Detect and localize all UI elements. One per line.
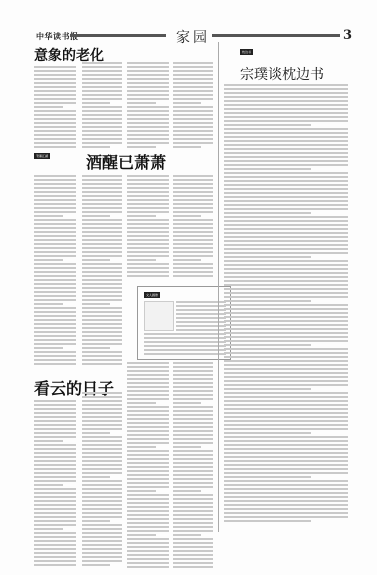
- text-line: [34, 548, 76, 550]
- text-line: [224, 320, 348, 322]
- text-line: [34, 219, 76, 221]
- text-line: [127, 522, 169, 524]
- column-label-right: 枕边书: [240, 49, 253, 55]
- text-line: [127, 195, 169, 197]
- text-line: [173, 175, 213, 177]
- text-line: [82, 90, 122, 92]
- text-line: [127, 223, 169, 225]
- text-line: [127, 402, 156, 404]
- text-line: [224, 360, 348, 362]
- text-line: [173, 554, 213, 556]
- text-line: [173, 142, 213, 144]
- text-line: [224, 132, 348, 134]
- text-line: [127, 406, 169, 408]
- article-1-col-3: [127, 62, 169, 150]
- text-line: [173, 378, 213, 380]
- text-line: [173, 78, 213, 80]
- text-line: [173, 414, 213, 416]
- text-line: [173, 386, 213, 388]
- text-line: [34, 536, 76, 538]
- text-line: [82, 335, 122, 337]
- text-line: [224, 200, 348, 202]
- text-line: [127, 510, 169, 512]
- text-line: [127, 442, 169, 444]
- text-line: [34, 472, 76, 474]
- text-line: [127, 138, 169, 140]
- text-line: [127, 534, 156, 536]
- text-line: [224, 408, 348, 410]
- text-line: [144, 349, 226, 351]
- text-line: [224, 316, 348, 318]
- text-line: [34, 339, 76, 341]
- text-line: [127, 418, 169, 420]
- text-line: [82, 392, 122, 394]
- text-line: [34, 183, 76, 185]
- text-line: [127, 490, 156, 492]
- text-line: [127, 382, 169, 384]
- text-line: [127, 494, 169, 496]
- text-line: [34, 94, 76, 96]
- text-line: [34, 552, 76, 554]
- text-line: [224, 228, 348, 230]
- text-line: [82, 528, 122, 530]
- portrait-illustration: [144, 301, 174, 331]
- text-line: [173, 199, 213, 201]
- text-line: [82, 331, 122, 333]
- text-line: [82, 452, 122, 454]
- text-line: [82, 211, 122, 213]
- text-line: [224, 152, 348, 154]
- text-line: [127, 130, 169, 132]
- text-line: [173, 450, 213, 452]
- text-line: [82, 504, 122, 506]
- text-line: [224, 444, 348, 446]
- article-3-col-3: [127, 362, 169, 570]
- text-line: [127, 530, 169, 532]
- text-line: [127, 187, 169, 189]
- text-line: [82, 118, 122, 120]
- text-line: [34, 400, 76, 402]
- text-line: [224, 416, 348, 418]
- text-line: [82, 227, 122, 229]
- text-line: [34, 432, 76, 434]
- text-line: [34, 191, 76, 193]
- text-line: [34, 74, 76, 76]
- text-line: [127, 362, 169, 364]
- text-line: [224, 300, 311, 302]
- text-line: [82, 122, 122, 124]
- text-line: [82, 191, 122, 193]
- text-line: [224, 504, 348, 506]
- text-line: [82, 267, 122, 269]
- text-line: [34, 207, 76, 209]
- text-line: [127, 514, 169, 516]
- text-line: [173, 478, 213, 480]
- text-line: [82, 548, 122, 550]
- text-line: [82, 239, 122, 241]
- text-line: [82, 496, 122, 498]
- text-line: [34, 416, 76, 418]
- text-line: [224, 232, 348, 234]
- text-line: [224, 368, 348, 370]
- text-line: [127, 102, 156, 104]
- portrait-feature-box: 文人画像: [137, 286, 231, 360]
- text-line: [82, 343, 122, 345]
- text-line: [82, 243, 122, 245]
- text-line: [127, 110, 169, 112]
- text-line: [82, 223, 122, 225]
- text-line: [34, 102, 76, 104]
- article-2-col-4: [173, 175, 213, 279]
- text-line: [224, 328, 348, 330]
- article-2-col-1: [34, 175, 76, 367]
- text-line: [34, 496, 76, 498]
- text-line: [127, 486, 169, 488]
- text-line: [34, 239, 76, 241]
- text-line: [34, 315, 76, 317]
- text-line: [224, 220, 348, 222]
- text-line: [224, 104, 348, 106]
- text-line: [127, 78, 169, 80]
- text-line: [34, 532, 76, 534]
- text-line: [82, 520, 110, 522]
- text-line: [173, 114, 213, 116]
- text-line: [127, 118, 169, 120]
- column-label-box: 笔墨江湖: [34, 153, 50, 159]
- text-line: [34, 484, 63, 486]
- text-line: [82, 311, 122, 313]
- text-line: [224, 176, 348, 178]
- text-line: [224, 92, 348, 94]
- text-line: [224, 376, 348, 378]
- text-line: [82, 540, 122, 542]
- text-line: [34, 444, 76, 446]
- text-line: [224, 172, 348, 174]
- text-line: [82, 187, 122, 189]
- text-line: [173, 62, 213, 64]
- text-line: [173, 275, 213, 277]
- text-line: [127, 231, 169, 233]
- text-line: [34, 428, 76, 430]
- text-line: [224, 304, 348, 306]
- text-line: [82, 291, 122, 293]
- text-line: [82, 315, 122, 317]
- text-line: [173, 490, 201, 492]
- text-line: [224, 244, 348, 246]
- text-line: [224, 380, 348, 382]
- article-4-body: [224, 84, 348, 524]
- text-line: [82, 428, 122, 430]
- text-line: [34, 138, 76, 140]
- text-line: [224, 500, 348, 502]
- text-line: [127, 366, 169, 368]
- text-line: [82, 195, 122, 197]
- text-line: [224, 396, 348, 398]
- text-line: [34, 560, 76, 562]
- text-line: [82, 259, 110, 261]
- text-line: [34, 343, 76, 345]
- text-line: [127, 203, 169, 205]
- text-line: [224, 448, 348, 450]
- text-line: [173, 474, 213, 476]
- text-line: [144, 353, 226, 355]
- text-line: [34, 134, 76, 136]
- text-line: [173, 90, 213, 92]
- text-line: [82, 400, 122, 402]
- text-line: [173, 454, 213, 456]
- text-line: [82, 363, 122, 365]
- text-line: [34, 179, 76, 181]
- text-line: [224, 496, 348, 498]
- text-line: [82, 215, 110, 217]
- text-line: [34, 86, 76, 88]
- text-line: [127, 422, 169, 424]
- text-line: [34, 303, 63, 305]
- text-line: [173, 235, 213, 237]
- text-line: [82, 500, 122, 502]
- text-line: [82, 323, 122, 325]
- text-line: [34, 251, 76, 253]
- text-line: [34, 327, 76, 329]
- text-line: [127, 526, 169, 528]
- text-line: [127, 542, 169, 544]
- text-line: [127, 106, 169, 108]
- text-line: [34, 291, 76, 293]
- text-line: [224, 388, 311, 390]
- text-line: [224, 424, 348, 426]
- text-line: [224, 140, 348, 142]
- text-line: [34, 118, 76, 120]
- text-line: [82, 552, 122, 554]
- text-line: [173, 538, 213, 540]
- text-line: [224, 392, 348, 394]
- text-line: [173, 130, 213, 132]
- text-line: [34, 223, 76, 225]
- text-line: [224, 212, 311, 214]
- text-line: [173, 366, 213, 368]
- text-line: [127, 482, 169, 484]
- text-line: [34, 287, 76, 289]
- text-line: [82, 247, 122, 249]
- text-line: [82, 488, 122, 490]
- text-line: [224, 520, 311, 522]
- text-line: [82, 98, 122, 100]
- text-line: [224, 480, 348, 482]
- text-line: [173, 247, 213, 249]
- text-line: [82, 472, 122, 474]
- text-line: [34, 516, 76, 518]
- text-line: [173, 203, 213, 205]
- text-line: [34, 492, 76, 494]
- text-line: [127, 247, 169, 249]
- text-line: [224, 284, 348, 286]
- article-3-col-2: [82, 392, 122, 568]
- text-line: [173, 74, 213, 76]
- text-line: [127, 546, 169, 548]
- text-line: [224, 188, 348, 190]
- text-line: [127, 506, 169, 508]
- text-line: [34, 311, 76, 313]
- text-line: [82, 408, 122, 410]
- text-line: [82, 199, 122, 201]
- text-line: [34, 424, 76, 426]
- text-line: [224, 240, 348, 242]
- text-line: [34, 524, 76, 526]
- text-line: [173, 466, 213, 468]
- text-line: [82, 355, 122, 357]
- text-line: [127, 199, 169, 201]
- text-line: [127, 554, 169, 556]
- text-line: [82, 476, 110, 478]
- text-line: [224, 84, 348, 86]
- text-line: [173, 82, 213, 84]
- text-line: [224, 344, 311, 346]
- text-line: [173, 390, 213, 392]
- text-line: [127, 438, 169, 440]
- text-line: [34, 464, 76, 466]
- text-line: [82, 456, 122, 458]
- text-line: [173, 510, 213, 512]
- text-line: [224, 248, 348, 250]
- text-line: [34, 215, 63, 217]
- article-3-col-1: [34, 400, 76, 568]
- text-line: [34, 267, 76, 269]
- text-line: [82, 299, 122, 301]
- text-line: [224, 112, 348, 114]
- text-line: [127, 538, 169, 540]
- text-line: [127, 227, 169, 229]
- text-line: [82, 404, 122, 406]
- text-line: [82, 142, 122, 144]
- text-line: [173, 219, 213, 221]
- text-line: [173, 187, 213, 189]
- text-line: [82, 74, 122, 76]
- text-line: [173, 502, 213, 504]
- text-line: [173, 558, 213, 560]
- text-line: [82, 271, 122, 273]
- text-line: [224, 120, 348, 122]
- text-line: [224, 136, 348, 138]
- text-line: [127, 263, 169, 265]
- text-line: [224, 308, 348, 310]
- text-line: [34, 404, 76, 406]
- text-line: [34, 271, 76, 273]
- text-line: [173, 494, 213, 496]
- text-line: [224, 340, 348, 342]
- text-line: [82, 448, 122, 450]
- text-line: [34, 476, 76, 478]
- text-line: [34, 255, 76, 257]
- text-line: [173, 66, 213, 68]
- text-line: [34, 126, 76, 128]
- text-line: [82, 564, 110, 566]
- text-line: [224, 384, 348, 386]
- column-divider: [218, 42, 219, 532]
- text-line: [127, 126, 169, 128]
- text-line: [127, 478, 169, 480]
- text-line: [82, 146, 110, 148]
- text-line: [82, 86, 122, 88]
- text-line: [82, 94, 122, 96]
- text-line: [173, 458, 213, 460]
- text-line: [224, 236, 348, 238]
- text-line: [173, 255, 213, 257]
- text-line: [144, 333, 226, 335]
- text-line: [82, 183, 122, 185]
- text-line: [34, 283, 76, 285]
- text-line: [127, 454, 169, 456]
- text-line: [173, 530, 213, 532]
- text-line: [173, 110, 213, 112]
- text-line: [173, 566, 213, 568]
- text-line: [82, 62, 122, 64]
- text-line: [34, 295, 76, 297]
- text-line: [127, 183, 169, 185]
- text-line: [224, 468, 348, 470]
- text-line: [82, 432, 110, 434]
- text-line: [224, 488, 348, 490]
- text-line: [173, 179, 213, 181]
- text-line: [224, 224, 348, 226]
- text-line: [82, 175, 122, 177]
- text-line: [173, 562, 213, 564]
- text-line: [173, 207, 213, 209]
- text-line: [34, 247, 76, 249]
- text-line: [224, 168, 311, 170]
- text-line: [127, 518, 169, 520]
- text-line: [127, 74, 169, 76]
- text-line: [82, 275, 122, 277]
- text-line: [127, 462, 169, 464]
- text-line: [224, 144, 348, 146]
- text-line: [34, 335, 76, 337]
- text-line: [224, 108, 348, 110]
- text-line: [82, 130, 122, 132]
- text-line: [224, 260, 348, 262]
- text-line: [224, 352, 348, 354]
- text-line: [127, 566, 169, 568]
- text-line: [82, 287, 122, 289]
- text-line: [34, 452, 76, 454]
- text-line: [82, 207, 122, 209]
- text-line: [34, 512, 76, 514]
- text-line: [34, 227, 76, 229]
- text-line: [34, 544, 76, 546]
- text-line: [34, 480, 76, 482]
- section-title: 家园: [176, 27, 210, 47]
- text-line: [34, 231, 76, 233]
- text-line: [173, 546, 213, 548]
- text-line: [224, 124, 311, 126]
- text-line: [127, 271, 169, 273]
- text-line: [82, 516, 122, 518]
- text-line: [127, 146, 156, 148]
- text-line: [82, 102, 110, 104]
- text-line: [224, 332, 348, 334]
- text-line: [34, 520, 76, 522]
- text-line: [224, 404, 348, 406]
- text-line: [127, 470, 169, 472]
- text-line: [173, 134, 213, 136]
- headline-article-4: 宗璞谈枕边书: [240, 64, 324, 84]
- text-line: [82, 416, 122, 418]
- text-line: [127, 466, 169, 468]
- text-line: [224, 196, 348, 198]
- text-line: [127, 398, 169, 400]
- text-line: [173, 422, 213, 424]
- text-line: [34, 412, 76, 414]
- text-line: [224, 356, 348, 358]
